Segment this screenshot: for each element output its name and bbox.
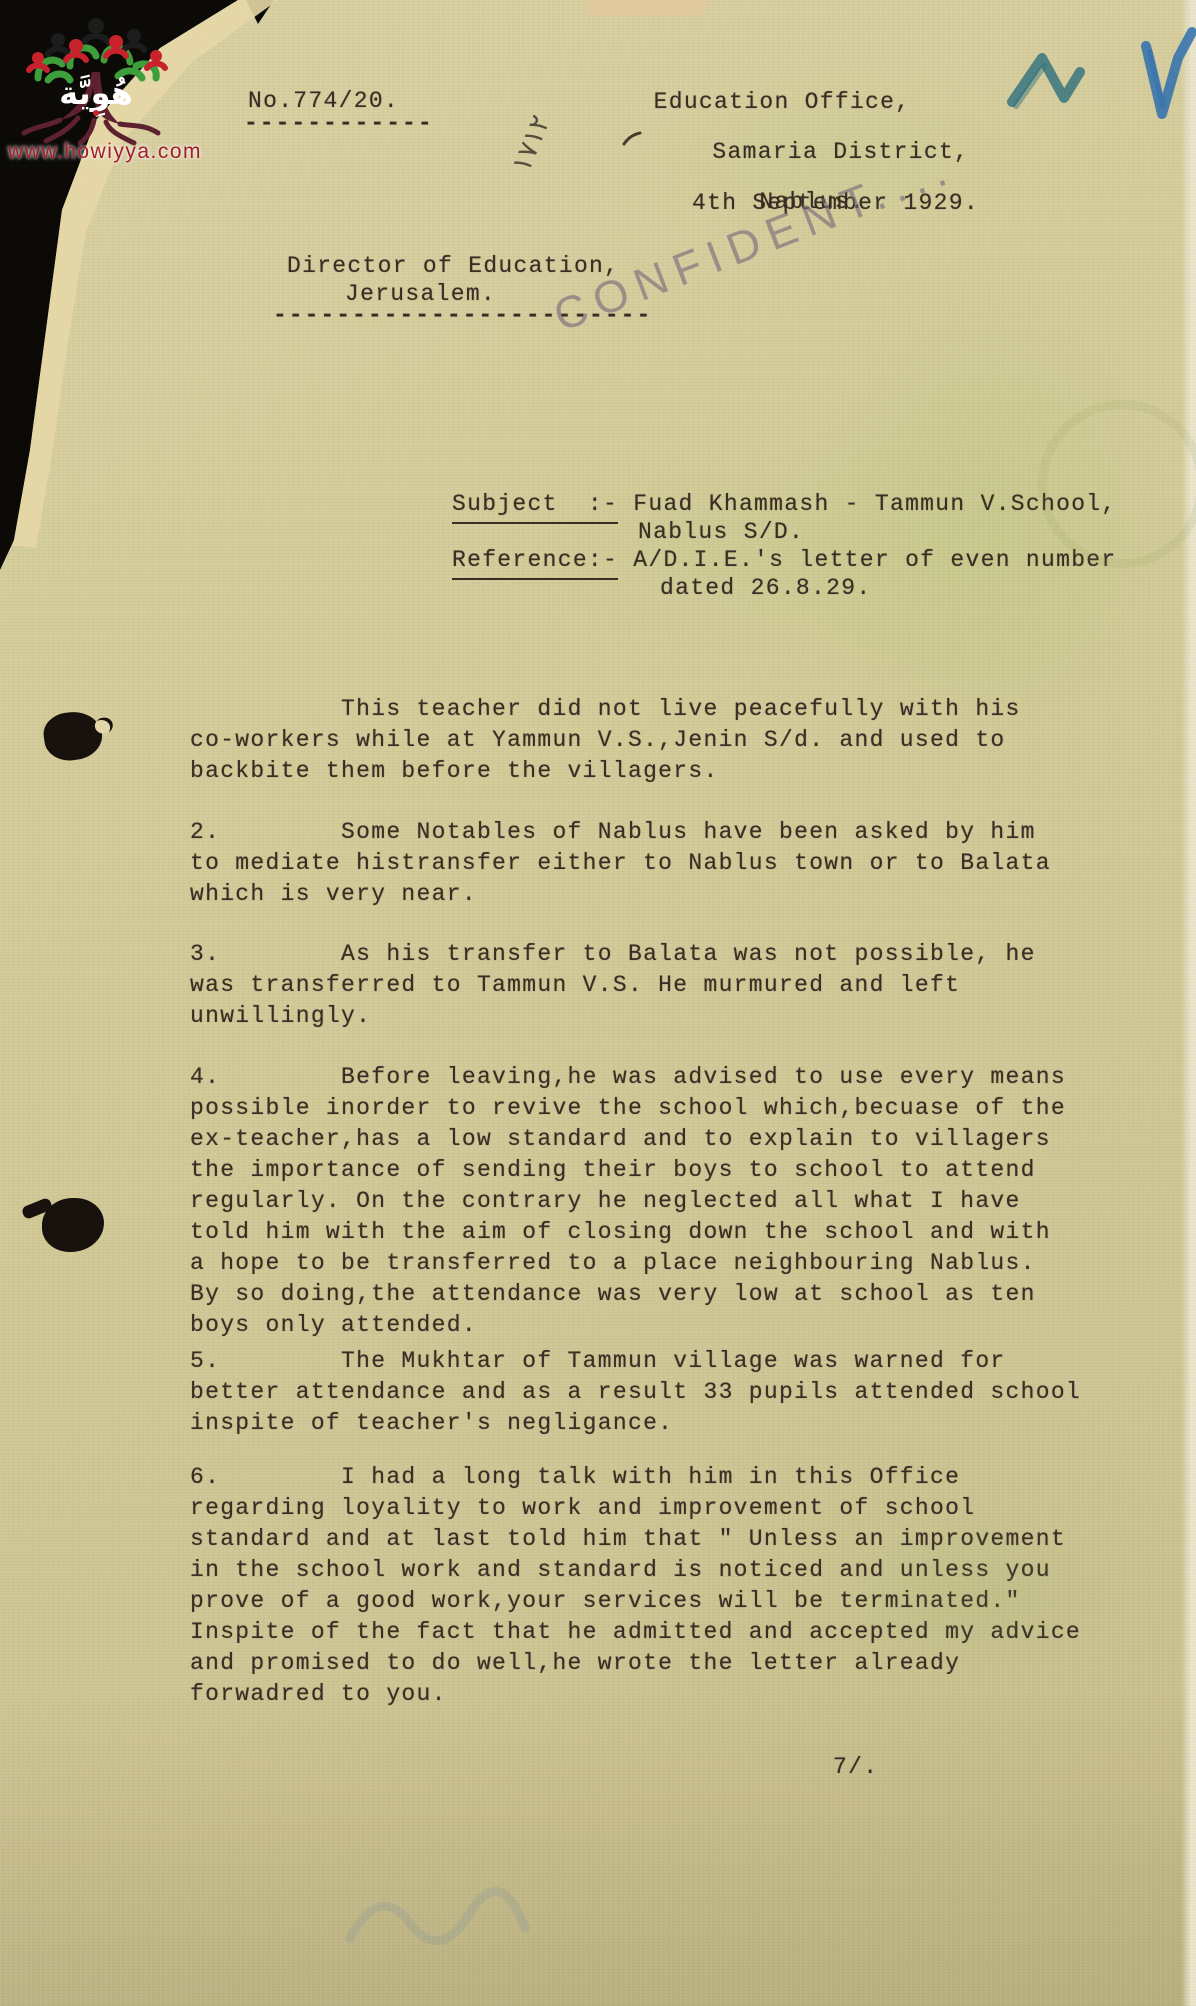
- sender-office: Education Office,: [654, 89, 911, 115]
- ink-blot: [41, 708, 105, 764]
- paper-edge: [1181, 0, 1196, 2006]
- reference-text-line2: dated 26.8.29.: [660, 573, 871, 604]
- watermark-url: www.howiyya.com: [8, 140, 202, 164]
- subject-label: Subject :-: [452, 489, 618, 524]
- scanned-letter-page: هُوِيَّة www.howiyya.com No.774/20. ----…: [0, 0, 1196, 2006]
- paragraph-2: 2. Some Notables of Nablus have been ask…: [190, 817, 1170, 910]
- paper-shading: [0, 1686, 1196, 2006]
- stray-pen-tick: [622, 130, 644, 153]
- reference-number-underline: ------------: [244, 108, 434, 139]
- subject-text-line2: Nablus S/D.: [638, 517, 804, 548]
- tape-fragment: [586, 0, 706, 16]
- paragraph-4: 4. Before leaving,he was advised to use …: [190, 1062, 1170, 1341]
- reference-label: Reference:-: [452, 545, 618, 580]
- paragraph-1: This teacher did not live peacefully wit…: [190, 694, 1170, 787]
- ink-blot: [42, 1198, 104, 1252]
- pen-checkmarks: [950, 10, 1196, 145]
- paragraph-3: 3. As his transfer to Balata was not pos…: [190, 939, 1170, 1032]
- ghost-pen-bleedthrough: [340, 1868, 540, 1973]
- page-continuation-mark: 7/.: [833, 1752, 878, 1783]
- logo-tree-icon: هُوِيَّة: [24, 18, 165, 143]
- paragraph-5: 5. The Mukhtar of Tammun village was war…: [190, 1346, 1170, 1439]
- pencil-filing-note: ١٧١٢: [506, 63, 576, 177]
- reference-text: A/D.I.E.'s letter of even number: [633, 547, 1116, 573]
- ghost-ink-bleedthrough: [850, 1510, 1130, 1680]
- howiyya-logo-icon: هُوِيَّة: [8, 14, 186, 153]
- recipient-title: Director of Education,: [287, 251, 619, 282]
